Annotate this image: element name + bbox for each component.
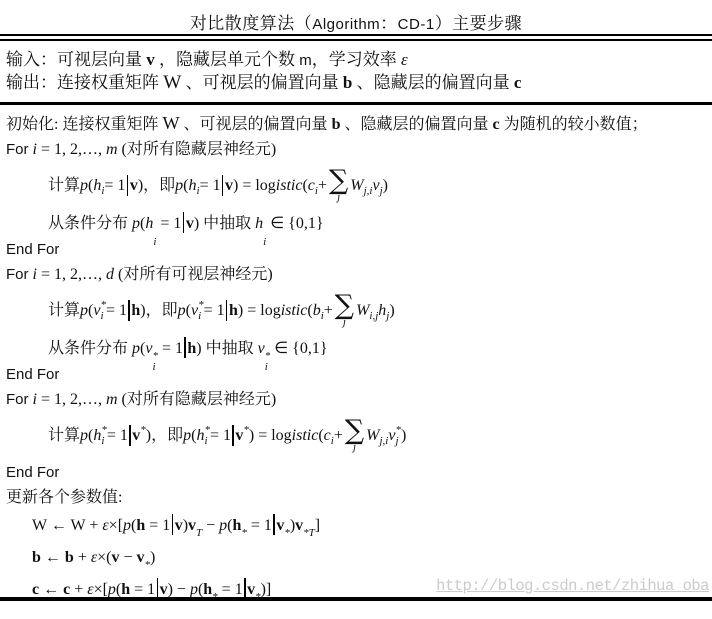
script-stack: j,i	[364, 175, 373, 197]
sum-icon: ∑j	[329, 169, 348, 203]
formula-token: 中抽取	[206, 340, 258, 357]
formula-token: p	[108, 581, 116, 598]
conditional-bar	[273, 514, 274, 535]
formula-token: ∑	[345, 419, 364, 442]
algo-line-calc3: 计算 p(h*i = 1v* ) ，即 p(h*i = 1v* ) = log …	[48, 412, 712, 460]
formula-token: ×(	[97, 549, 111, 566]
formula-token: v	[137, 549, 145, 566]
formula-token	[379, 425, 388, 436]
formula-token: W	[350, 173, 363, 198]
formula-token: = 1	[104, 173, 125, 198]
formula-token: p	[219, 517, 227, 534]
algorithm-body: 初始化: 连接权重矩阵 W 、可视层的偏置向量 b 、隐藏层的偏置向量 c 为随…	[0, 110, 712, 606]
formula-token: = 1	[158, 340, 183, 357]
formula-token: ∈ {0,1}	[266, 215, 323, 232]
formula-token: 连接权重矩阵	[62, 116, 162, 133]
formula-token: = 1	[200, 173, 221, 198]
formula-token: 、可视层的偏置向量	[181, 73, 343, 92]
algo-line-updb: b ← b + ε×(v − v* )	[32, 542, 712, 574]
formula-token: j,i	[364, 186, 373, 197]
formula-token: For	[6, 141, 29, 158]
formula-token: v	[160, 581, 168, 598]
algo-line-updW: W ← W + ε×[p(h = 1v)vT − p(h* = 1v* )v*T…	[32, 510, 712, 542]
conditional-bar	[226, 300, 227, 321]
formula-token: h	[187, 340, 196, 357]
algo-line-updlabel: 更新各个参数值:	[6, 485, 712, 510]
formula-token: p	[123, 517, 131, 534]
formula-token: v	[191, 298, 198, 323]
formula-token: b	[313, 298, 321, 323]
conditional-bar	[172, 514, 173, 535]
formula-token: 输出：	[6, 73, 57, 92]
formula-token: W	[356, 298, 369, 323]
sum-icon: ∑j	[335, 294, 354, 328]
conditional-bar	[184, 337, 185, 358]
formula-token: h	[93, 173, 101, 198]
algo-line-draw2: 从条件分布 p(v*i = 1h) 中抽取 v*i ∈ {0,1}	[48, 335, 712, 362]
algo-line-init: 初始化: 连接权重矩阵 W 、可视层的偏置向量 b 、隐藏层的偏置向量 c 为随…	[6, 110, 712, 137]
formula-token: ←	[39, 581, 63, 598]
formula-token: i	[263, 237, 266, 248]
algo-line-for2: For i = 1, 2,…, d (对所有可视层神经元)	[6, 262, 712, 287]
formula-token: c	[308, 173, 315, 198]
formula-token	[284, 539, 290, 550]
formula-token: c	[514, 73, 522, 92]
formula-token: ∑	[329, 169, 348, 192]
io-section: 输入：可视层向量 v ，隐藏层单元个数 m，学习效率 ε 输出：连接权重矩阵 W…	[0, 41, 712, 99]
formula-token: ) = log	[233, 173, 276, 198]
formula-token: v	[235, 423, 243, 448]
formula-token: End For	[6, 366, 59, 383]
algo-line-for1: For i = 1, 2,…, m (对所有隐藏层神经元)	[6, 137, 712, 162]
formula-token: d	[106, 266, 114, 283]
formula-token: )	[383, 173, 388, 198]
formula-token: v	[372, 173, 379, 198]
formula-token: h	[233, 517, 242, 534]
algo-line-calc2: 计算 p(v*i = 1h)，即 p(v*i = 1h) = log istic…	[48, 287, 712, 335]
formula-token: = 1	[218, 581, 243, 598]
formula-token: = 1	[130, 581, 155, 598]
formula-token: = 1, 2,…,	[37, 141, 106, 158]
formula-token: ×[	[94, 581, 108, 598]
formula-token: ，即	[146, 298, 178, 323]
formula-token: 、隐藏层的偏置向量	[352, 73, 514, 92]
algo-line-endfor1: End For	[6, 237, 712, 262]
formula-token: 连接权重矩阵	[57, 73, 163, 92]
formula-token	[196, 539, 202, 550]
formula-token: b	[65, 549, 74, 566]
formula-token: = 1, 2,…,	[37, 266, 106, 283]
algo-line-for3: For i = 1, 2,…, m (对所有隐藏层神经元)	[6, 387, 712, 412]
formula-token: (对所有隐藏层神经元)	[122, 391, 277, 408]
formula-token: p	[183, 423, 191, 448]
formula-token: v	[175, 517, 183, 534]
formula-token: For	[6, 391, 29, 408]
conditional-bar	[127, 175, 128, 196]
formula-token: = 1	[145, 517, 170, 534]
formula-token: = 1	[106, 298, 127, 323]
formula-token: )	[389, 298, 394, 323]
input-line: 输入：可视层向量 v ，隐藏层单元个数 m，学习效率 ε	[6, 48, 712, 71]
formula-token: v	[186, 215, 194, 232]
formula-token	[255, 603, 261, 614]
algo-line-endfor2: End For	[6, 362, 712, 387]
formula-token: )	[194, 215, 203, 232]
formula-token: p	[132, 215, 140, 232]
algo-line-endfor3: End For	[6, 460, 712, 485]
formula-token: 、可视层的偏置向量	[180, 116, 332, 133]
formula-token: c	[324, 423, 331, 448]
formula-token: v	[276, 517, 284, 534]
formula-token: ) −	[168, 581, 190, 598]
formula-token: +	[318, 173, 327, 198]
formula-token: v	[132, 423, 140, 448]
formula-token: )	[196, 340, 205, 357]
formula-token: ，隐藏层单元个数	[155, 50, 300, 69]
formula-token: i	[153, 237, 156, 248]
algo-line-draw1: 从条件分布 p(h i = 1v) 中抽取 h i ∈ {0,1}	[48, 210, 712, 237]
formula-token: End For	[6, 241, 59, 258]
formula-token: 可视层向量	[57, 50, 146, 69]
formula-token: m	[106, 141, 118, 158]
formula-token: Algorithm	[312, 16, 380, 33]
formula-token: b	[32, 549, 41, 566]
formula-token: ×[	[109, 517, 123, 534]
formula-token: p	[80, 298, 88, 323]
formula-token: j	[343, 317, 346, 328]
formula-token: ：	[380, 14, 398, 33]
formula-token: i,j	[369, 311, 378, 322]
formula-token: istic	[292, 423, 319, 448]
formula-token: v	[295, 517, 303, 534]
formula-token: v	[130, 173, 138, 198]
formula-token: +	[74, 549, 91, 566]
algo-line-calc1: 计算 p(h i = 1v)，即 p(h i = 1v) = log istic…	[48, 162, 712, 210]
formula-token: +	[324, 298, 333, 323]
formula-token: = 1	[107, 423, 128, 448]
formula-token: 为随机的较小数值；	[500, 116, 648, 133]
formula-token	[241, 539, 247, 550]
formula-token: p	[178, 298, 186, 323]
conditional-bar	[222, 175, 223, 196]
formula-token: (对所有可视层神经元)	[118, 266, 273, 283]
formula-token: = 1, 2,…,	[37, 391, 106, 408]
conditional-bar	[232, 425, 233, 446]
formula-token: 从条件分布	[48, 340, 132, 357]
formula-token: 计算	[48, 423, 80, 448]
formula-token: W	[366, 423, 379, 448]
conditional-bar	[128, 300, 129, 321]
formula-token: p	[175, 173, 183, 198]
bottom-rule-divider	[0, 597, 712, 601]
formula-token: *T	[303, 528, 315, 539]
formula-token: v	[247, 581, 255, 598]
formula-token: v	[146, 50, 155, 69]
formula-token: ← W +	[51, 517, 103, 534]
formula-token: c	[492, 116, 499, 133]
formula-token: CD-1	[398, 16, 435, 33]
formula-token: −	[202, 517, 219, 534]
formula-token: = 1	[210, 423, 231, 448]
formula-token: = 1	[156, 215, 181, 232]
formula-token: v	[258, 340, 265, 357]
formula-token: i	[152, 362, 158, 373]
formula-token: ∑	[335, 294, 354, 317]
formula-token: j	[337, 192, 340, 203]
formula-token: v	[112, 549, 120, 566]
conditional-bar	[157, 578, 158, 599]
formula-token: ，即	[143, 173, 175, 198]
formula-token: h	[93, 423, 101, 448]
formula-token	[364, 175, 373, 186]
formula-token: 对比散度算法（	[190, 14, 313, 33]
formula-token: ←	[41, 549, 65, 566]
formula-token: p	[132, 340, 140, 357]
formula-token: 计算	[48, 173, 80, 198]
formula-token: = 1	[204, 298, 225, 323]
formula-token: h	[189, 173, 197, 198]
formula-token: W	[163, 72, 181, 93]
formula-token: j,i	[379, 436, 388, 447]
formula-token: −	[120, 549, 137, 566]
formula-token: +	[70, 581, 87, 598]
formula-token: b	[343, 73, 352, 92]
formula-token: h	[255, 215, 263, 232]
formula-token: 计算	[48, 298, 80, 323]
watermark-url: http://blog.csdn.net/zhihua_oba	[436, 577, 709, 595]
formula-token: h	[121, 581, 130, 598]
script-stack: j,i	[379, 425, 388, 447]
conditional-bar	[129, 425, 130, 446]
formula-token: h	[131, 298, 140, 323]
formula-token: j	[353, 442, 356, 453]
formula-token: ，学习效率	[312, 50, 401, 69]
formula-token: W	[32, 517, 51, 534]
formula-token: = 1	[247, 517, 272, 534]
formula-token: istic	[281, 298, 308, 323]
formula-token: 更新各个参数值:	[6, 489, 122, 506]
formula-token	[212, 603, 218, 614]
formula-token: ，即	[151, 423, 183, 448]
formula-token: h	[136, 517, 145, 534]
formula-token: v	[93, 298, 100, 323]
formula-token: v	[225, 173, 233, 198]
conditional-bar	[244, 578, 245, 599]
formula-token: ]	[315, 517, 320, 534]
formula-token: h	[196, 423, 204, 448]
formula-token: h	[145, 215, 153, 232]
page-title: 对比散度算法（Algorithm：CD-1）主要步骤	[0, 0, 712, 32]
sum-icon: ∑j	[345, 419, 364, 453]
single-rule-divider	[0, 102, 712, 105]
formula-token: 从条件分布	[48, 215, 132, 232]
formula-token: ) = log	[249, 423, 292, 448]
formula-token: p	[190, 581, 198, 598]
output-line: 输出：连接权重矩阵 W 、可视层的偏置向量 b 、隐藏层的偏置向量 c	[6, 71, 712, 94]
script-stack: *T	[303, 528, 315, 550]
formula-token: p	[80, 173, 88, 198]
algorithm-figure: 对比散度算法（Algorithm：CD-1）主要步骤 输入：可视层向量 v ，隐…	[0, 0, 712, 619]
formula-token: ∈ {0,1}	[270, 340, 327, 357]
formula-token	[369, 300, 378, 311]
formula-token: m	[106, 391, 118, 408]
conditional-bar	[183, 212, 184, 233]
formula-token: End For	[6, 464, 59, 481]
formula-token: )	[401, 423, 406, 448]
formula-token: +	[334, 423, 343, 448]
formula-token: 、隐藏层的偏置向量	[340, 116, 492, 133]
formula-token: )]	[261, 581, 272, 598]
formula-token: ）主要步骤	[435, 14, 523, 33]
formula-token: W	[162, 113, 179, 133]
formula-token: 中抽取	[203, 215, 255, 232]
formula-token: )	[150, 549, 155, 566]
formula-token: v	[188, 517, 196, 534]
formula-token: 初始化:	[6, 116, 62, 133]
formula-token: ) = log	[238, 298, 281, 323]
script-stack: i,j	[369, 300, 378, 322]
formula-token: For	[6, 266, 29, 283]
formula-token: h	[229, 298, 238, 323]
formula-token: h	[203, 581, 212, 598]
formula-token: v	[145, 340, 152, 357]
formula-token: i	[265, 362, 271, 373]
formula-token: ε	[401, 50, 408, 69]
formula-token: 输入：	[6, 50, 57, 69]
formula-token: m	[299, 52, 312, 69]
formula-token: p	[80, 423, 88, 448]
formula-token: istic	[276, 173, 303, 198]
formula-token: (对所有隐藏层神经元)	[122, 141, 277, 158]
formula-token	[303, 539, 315, 550]
